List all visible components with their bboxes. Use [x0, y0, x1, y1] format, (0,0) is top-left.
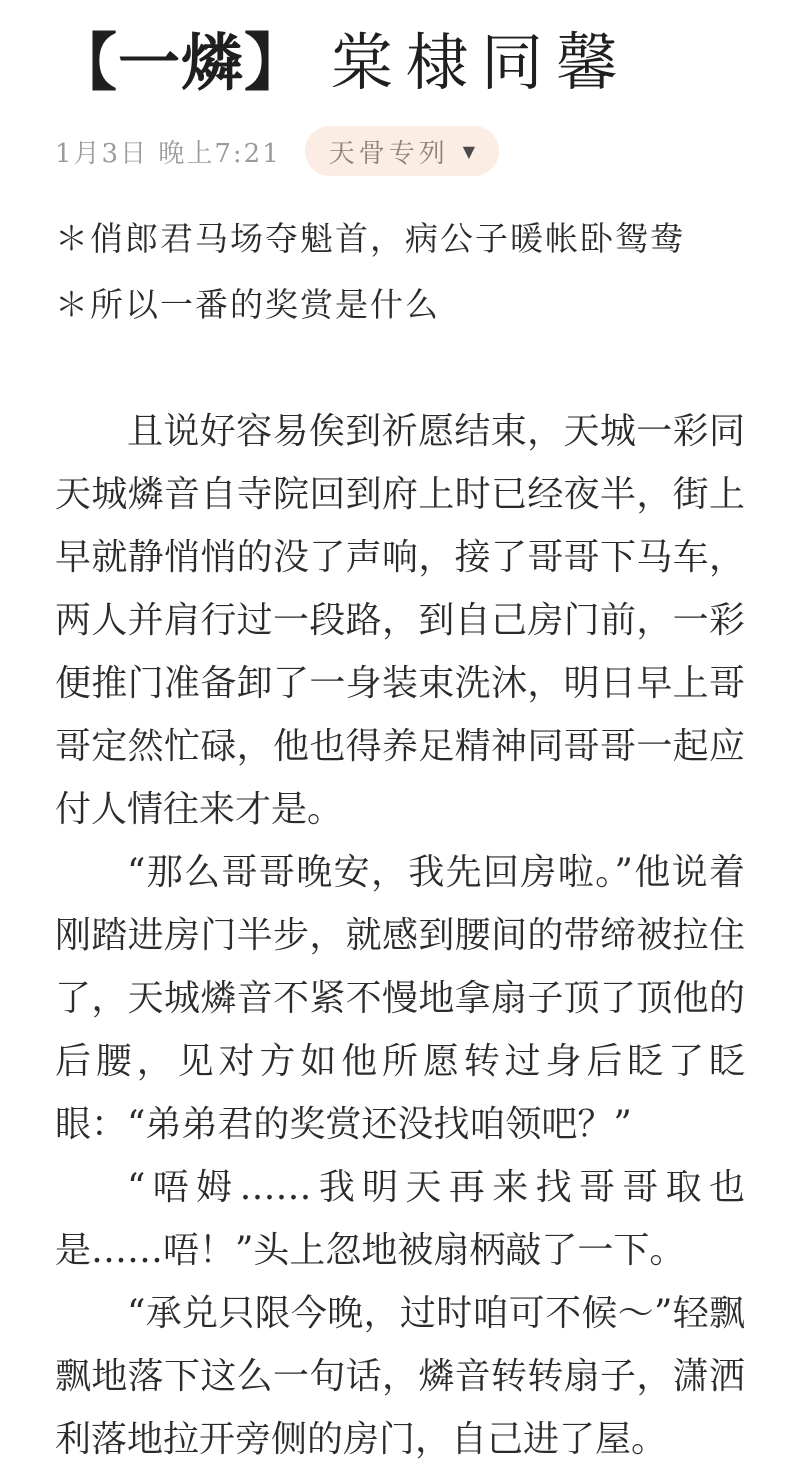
meta-row: 1月3日 晚上7:21 天骨专列 ▼: [55, 126, 745, 176]
post-page: 【一燐】棠棣同馨 1月3日 晚上7:21 天骨专列 ▼ ＊俏郎君马场夺魁首，病公…: [0, 0, 800, 1484]
post-title-cp-tag: 【一燐】: [55, 26, 307, 99]
post-title: 【一燐】棠棣同馨: [55, 24, 745, 102]
note-line-1: ＊俏郎君马场夺魁首，病公子暖帐卧鸳鸯: [55, 206, 745, 272]
collection-tag-label: 天骨专列: [329, 133, 449, 170]
story-body: 且说好容易俟到祈愿结束，天城一彩同天城燐音自寺院回到府上时已经夜半，街上早就静悄…: [55, 400, 745, 1471]
author-notes: ＊俏郎君马场夺魁首，病公子暖帐卧鸳鸯 ＊所以一番的奖赏是什么: [55, 206, 745, 338]
note-line-2: ＊所以一番的奖赏是什么: [55, 272, 745, 338]
collection-tag-button[interactable]: 天骨专列 ▼: [305, 126, 499, 176]
chevron-down-icon: ▼: [463, 144, 475, 160]
story-paragraph-2: “那么哥哥晚安，我先回房啦。”他说着刚踏进房门半步，就感到腰间的带缔被拉住了，天…: [55, 841, 745, 1156]
story-paragraph-4: “承兑只限今晚，过时咱可不候～”轻飘飘地落下这么一句话，燐音转转扇子，潇洒利落地…: [55, 1282, 745, 1471]
post-datetime: 1月3日 晚上7:21: [55, 133, 281, 170]
post-title-main: 棠棣同馨: [331, 26, 631, 99]
story-paragraph-1: 且说好容易俟到祈愿结束，天城一彩同天城燐音自寺院回到府上时已经夜半，街上早就静悄…: [55, 400, 745, 841]
story-paragraph-3: “唔姆……我明天再来找哥哥取也是……唔！”头上忽地被扇柄敲了一下。: [55, 1156, 745, 1282]
